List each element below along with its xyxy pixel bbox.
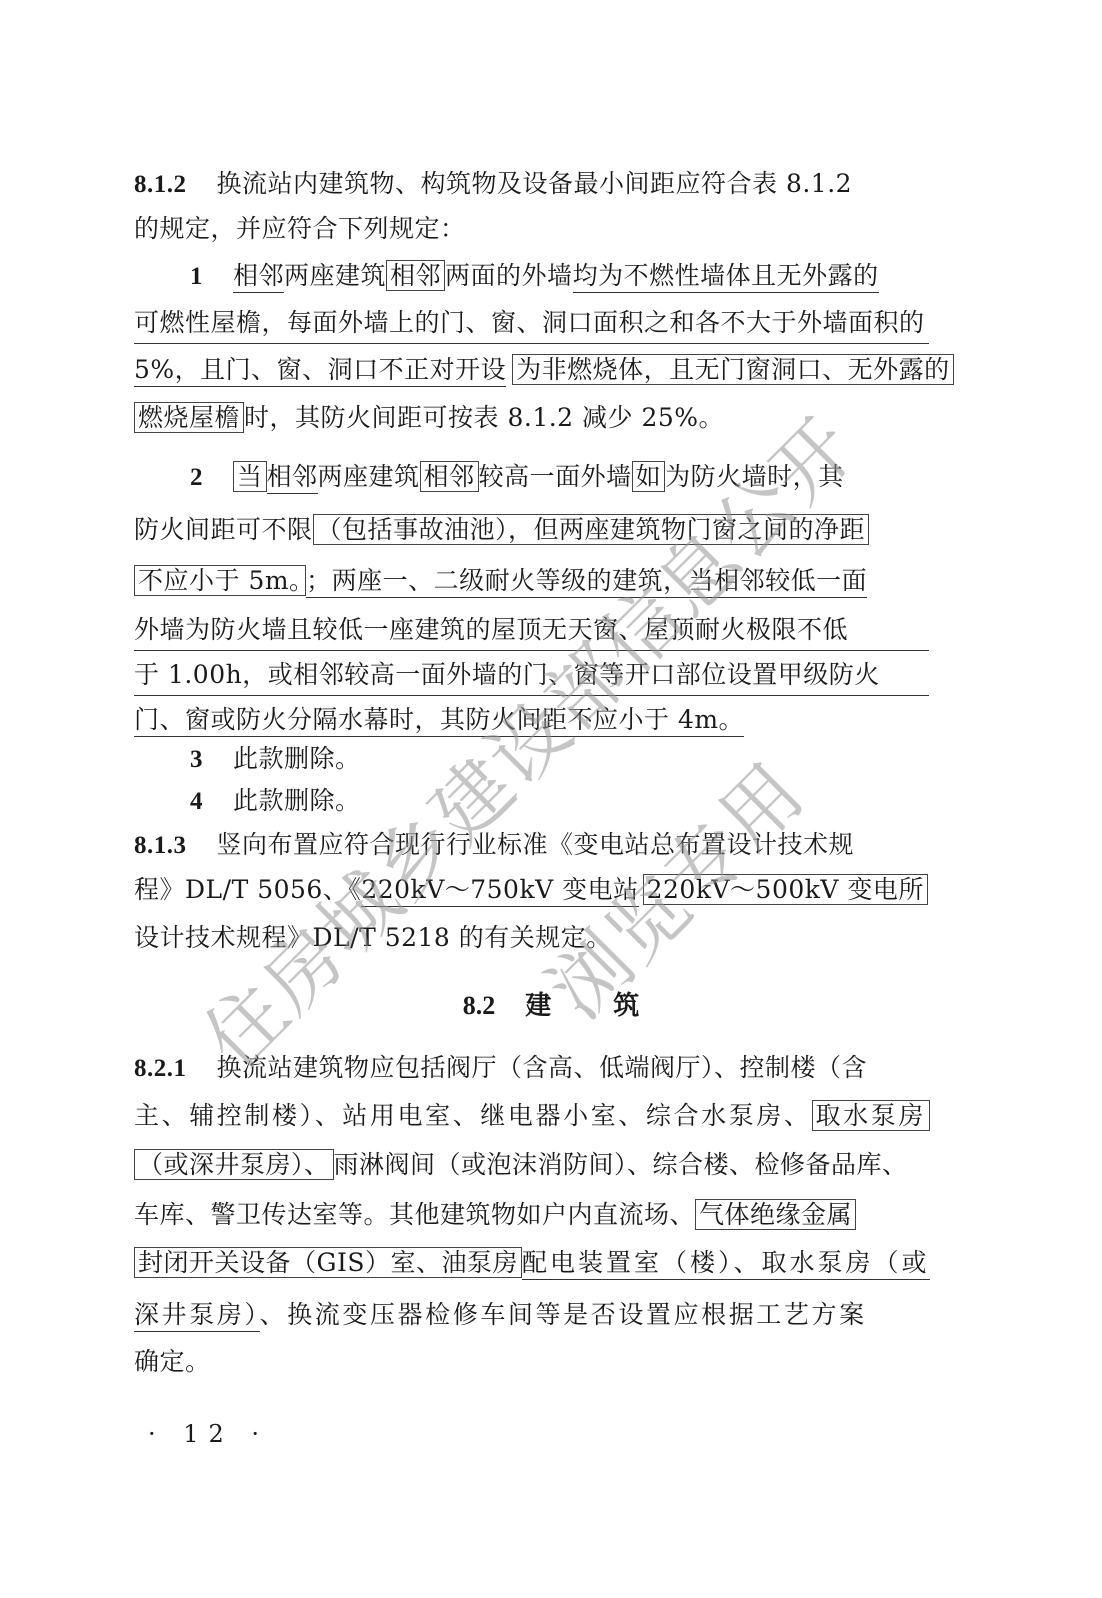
underlined-text: 可燃性屋檐，每面外墙上的门、窗、洞口面积之和各不大于外墙面积的: [134, 305, 929, 344]
plain-text: 为防火墙时，其: [665, 462, 844, 491]
underlined-text: 220kV～750kV 变电站: [361, 875, 638, 907]
section-title-char: 筑: [613, 985, 639, 1022]
plain-text: 车库、警卫传达室等。其他建筑物如户内直流场、: [134, 1200, 695, 1229]
item-number: 3: [190, 746, 203, 773]
item-4: 4此款删除。: [134, 783, 929, 819]
plain-text: 此款删除。: [233, 744, 361, 773]
item-number: 1: [190, 263, 203, 290]
clause-number: 8.1.3: [134, 832, 187, 859]
item-1-line-3: 5%，且门、窗、洞口不正对开设为非燃烧体，且无门窗洞口、无外露的: [134, 352, 929, 388]
clause-8-2-1-line-2: 主、辅控制楼）、站用电室、继电器小室、综合水泵房、取水泵房: [134, 1098, 929, 1134]
plain-text: 、换流变压器检修车间等是否设置应根据工艺方案: [260, 1300, 867, 1329]
clause-8-2-1-line-4: 车库、警卫传达室等。其他建筑物如户内直流场、气体绝缘金属: [134, 1197, 929, 1233]
boxed-text: 相邻: [386, 260, 445, 291]
boxed-text: 如: [632, 461, 666, 492]
plain-text: 确定。: [134, 1347, 211, 1376]
boxed-text: （或深井泵房）、: [134, 1149, 334, 1180]
clause-8-1-2-line-1: 8.1.2换流站内建筑物、构筑物及设备最小间距应符合表 8.1.2: [134, 166, 929, 202]
boxed-text: 当: [233, 461, 267, 492]
clause-text: 换流站建筑物应包括阀厅（含高、低端阀厅）、控制楼（含: [217, 1053, 868, 1082]
clause-8-1-3-line-3: 设计技术规程》DL/T 5218 的有关规定。: [134, 920, 929, 956]
section-heading-8-2: 8.2建筑: [0, 985, 1102, 1022]
document-page: 8.1.2换流站内建筑物、构筑物及设备最小间距应符合表 8.1.2 的规定，并应…: [0, 0, 1102, 1598]
plain-text: 主、辅控制楼）、站用电室、继电器小室、综合水泵房、: [134, 1101, 812, 1130]
boxed-text: 为非燃烧体，且无门窗洞口、无外露的: [512, 354, 954, 385]
item-2-line-4: 外墙为防火墙且较低一座建筑的屋顶无天窗、屋顶耐火极限不低: [134, 612, 929, 648]
item-2-line-5: 于 1.00h，或相邻较高一面外墙的门、窗等开口部位设置甲级防火: [134, 657, 929, 693]
item-number: 4: [190, 788, 203, 815]
item-2-line-6: 门、窗或防火分隔水幕时，其防火间距不应小于 4m。: [134, 702, 929, 738]
clause-8-2-1-line-1: 8.2.1换流站建筑物应包括阀厅（含高、低端阀厅）、控制楼（含: [134, 1050, 929, 1086]
underlined-text: 配电装置室（楼）、取水泵房（或: [522, 1248, 930, 1280]
clause-8-1-3-line-2: 程》DL/T 5056、《220kV～750kV 变电站220kV～500kV …: [134, 872, 929, 908]
clause-8-1-2-line-2: 的规定，并应符合下列规定：: [134, 211, 929, 247]
plain-text: 此款删除。: [233, 786, 361, 815]
item-3: 3此款删除。: [134, 741, 929, 777]
underlined-text: 相邻: [233, 261, 284, 293]
clause-number: 8.2.1: [134, 1055, 187, 1082]
boxed-text: 封闭开关设备（GIS）室、油泵房: [134, 1247, 522, 1278]
item-1-line-1: 1相邻两座建筑相邻两面的外墙均为不燃性墙体且无外露的: [134, 258, 929, 294]
plain-text: 两座建筑: [284, 261, 386, 290]
item-number: 2: [190, 464, 203, 491]
item-1-line-2: 可燃性屋檐，每面外墙上的门、窗、洞口面积之和各不大于外墙面积的: [134, 305, 929, 341]
boxed-text: 取水泵房: [812, 1100, 930, 1131]
underlined-text: 于 1.00h，或相邻较高一面外墙的门、窗等开口部位设置甲级防火: [134, 657, 929, 696]
plain-text: 防火间距可不限: [134, 515, 313, 544]
clause-8-2-1-line-7: 确定。: [134, 1344, 929, 1380]
plain-text: 程》DL/T 5056、《: [134, 875, 361, 904]
section-title-char: 建: [525, 985, 551, 1022]
underlined-text: 5%，且门、窗、洞口不正对开设: [134, 355, 506, 387]
boxed-text: 不应小于 5m。: [134, 565, 306, 596]
item-2-line-1: 2当相邻两座建筑相邻较高一面外墙如为防火墙时，其: [134, 459, 929, 495]
clause-8-1-3-line-1: 8.1.3竖向布置应符合现行行业标准《变电站总布置设计技术规: [134, 827, 929, 863]
plain-text: 较高一面外墙: [479, 462, 632, 491]
section-number: 8.2: [463, 991, 496, 1021]
item-1-line-4: 燃烧屋檐时，其防火间距可按表 8.1.2 减少 25%。: [134, 400, 929, 436]
underlined-text: 相邻: [267, 462, 318, 494]
boxed-text: 燃烧屋檐: [134, 402, 244, 433]
boxed-text: （包括事故油池），但两座建筑物门窗之间的净距: [313, 514, 870, 545]
underlined-text: 外墙为防火墙且较低一座建筑的屋顶无天窗、屋顶耐火极限不低: [134, 612, 929, 651]
boxed-text: 气体绝缘金属: [695, 1199, 856, 1230]
underlined-text: 深井泵房）: [134, 1300, 260, 1332]
clause-8-2-1-line-6: 深井泵房）、换流变压器检修车间等是否设置应根据工艺方案: [134, 1297, 929, 1333]
item-2-line-2: 防火间距可不限（包括事故油池），但两座建筑物门窗之间的净距: [134, 512, 929, 548]
underlined-text: ；两座一、二级耐火等级的建筑，当相邻较低一面: [306, 566, 867, 598]
plain-text: 雨淋阀间（或泡沫消防间）、综合楼、检修备品库、: [334, 1150, 908, 1179]
page-number: · 12 ·: [148, 1420, 269, 1448]
boxed-text: 220kV～500kV 变电所: [643, 874, 928, 905]
clause-8-2-1-line-5: 封闭开关设备（GIS）室、油泵房配电装置室（楼）、取水泵房（或: [134, 1245, 929, 1281]
underlined-text: 门、窗或防火分隔水幕时，其防火间距不应小于 4m。: [134, 705, 744, 737]
clause-text: 的规定，并应符合下列规定：: [134, 214, 466, 243]
clause-number: 8.1.2: [134, 171, 187, 198]
clause-text: 换流站内建筑物、构筑物及设备最小间距应符合表 8.1.2: [217, 169, 853, 198]
plain-text: 时，其防火间距可按表 8.1.2 减少 25%。: [244, 403, 724, 432]
underlined-text: 均为不燃性墙体且无外露的: [573, 261, 879, 293]
item-2-line-3: 不应小于 5m。；两座一、二级耐火等级的建筑，当相邻较低一面: [134, 563, 929, 599]
boxed-text: 相邻: [420, 461, 479, 492]
plain-text: 两面的外墙: [445, 261, 573, 290]
clause-8-2-1-line-3: （或深井泵房）、雨淋阀间（或泡沫消防间）、综合楼、检修备品库、: [134, 1147, 929, 1183]
plain-text: 两座建筑: [318, 462, 420, 491]
plain-text: 设计技术规程》DL/T 5218 的有关规定。: [134, 923, 612, 952]
clause-text: 竖向布置应符合现行行业标准《变电站总布置设计技术规: [217, 830, 855, 859]
